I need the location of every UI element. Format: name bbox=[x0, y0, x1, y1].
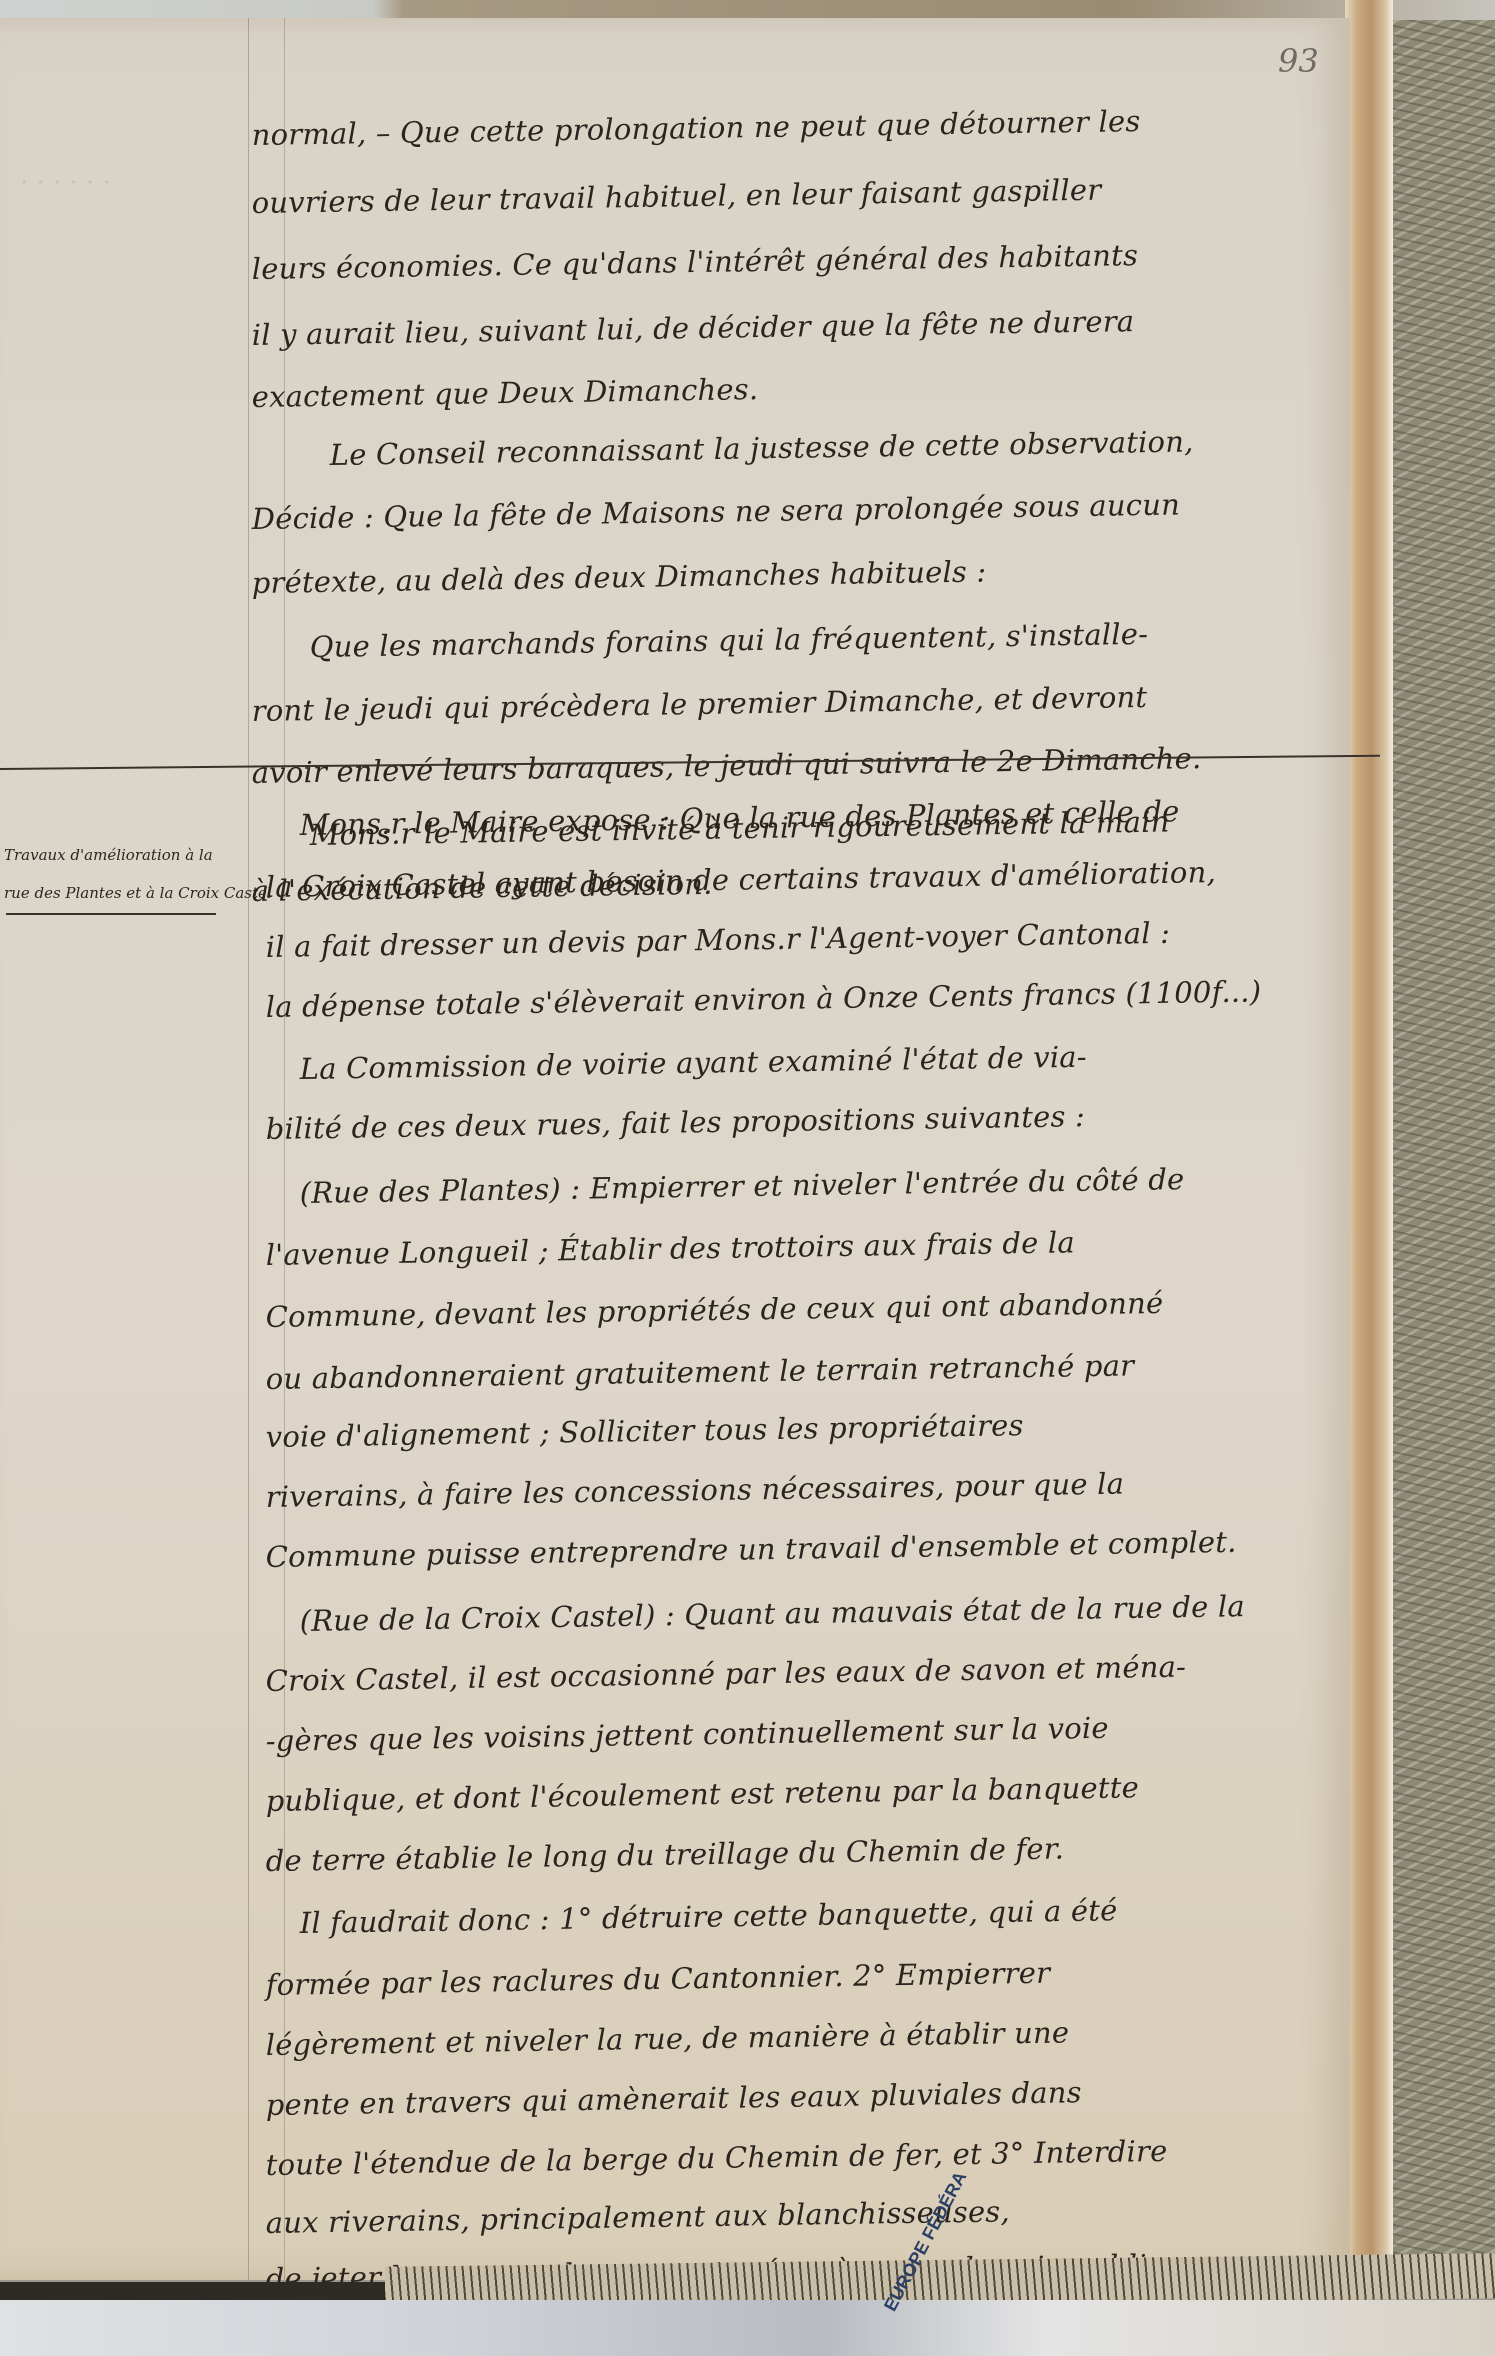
text-line: prétexte, au delà des deux Dimanches hab… bbox=[251, 554, 986, 600]
margin-note-title-line-2: rue des Plantes et à la Croix Castel bbox=[4, 884, 272, 902]
text-line-underlined-ending: exactement que Deux Dimanches. bbox=[251, 372, 758, 414]
background-books bbox=[0, 2300, 1495, 2356]
page-number: 93 bbox=[1278, 42, 1319, 80]
margin-rule bbox=[248, 18, 249, 2280]
margin-rule-outer bbox=[284, 18, 285, 2280]
page-stack-edge bbox=[1345, 0, 1393, 2270]
text-line: ouvriers de leur travail habituel, en le… bbox=[251, 173, 1101, 220]
marbled-book-edge-right bbox=[1392, 20, 1495, 2290]
text-line: il y aurait lieu, suivant lui, de décide… bbox=[251, 304, 1134, 352]
text-line: ront le jeudi qui précèdera le premier D… bbox=[251, 680, 1147, 728]
text-line-paragraph-start: Le Conseil reconnaissant la justesse de … bbox=[329, 424, 1193, 472]
text-line: leurs économies. Ce qu'dans l'intérêt gé… bbox=[251, 238, 1138, 286]
margin-note-underline bbox=[6, 913, 216, 915]
text-line: normal, – Que cette prolongation ne peut… bbox=[251, 104, 1140, 152]
bleed-through-text: · · · · · · bbox=[20, 168, 111, 198]
text-line-paragraph-start: Que les marchands forains qui la fréquen… bbox=[309, 617, 1148, 664]
register-page: 93 · · · · · · normal, – Que cette prolo… bbox=[0, 18, 1350, 2280]
text-line: Décide : Que la fête de Maisons ne sera … bbox=[251, 487, 1180, 536]
margin-note-title-line-1: Travaux d'amélioration à la bbox=[4, 846, 213, 864]
